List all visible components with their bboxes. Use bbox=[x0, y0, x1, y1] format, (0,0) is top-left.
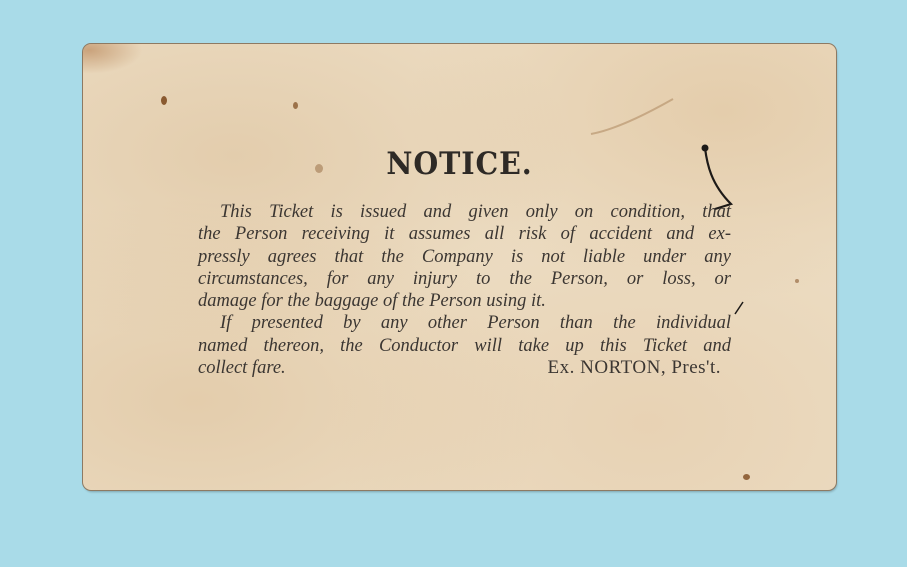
ticket-card: NOTICE. This Ticket is issued and given … bbox=[83, 44, 836, 490]
signature: Ex. NORTON, Pres't. bbox=[548, 357, 731, 379]
paragraph1-line: This Ticket is issued and given only on … bbox=[198, 201, 731, 223]
closing-line: collect fare. Ex. NORTON, Pres't. bbox=[198, 357, 731, 379]
paragraph1-line: circumstances, for any injury to the Per… bbox=[198, 268, 731, 290]
notice-title: NOTICE. bbox=[113, 146, 806, 182]
paragraph1-line: damage for the baggage of the Person usi… bbox=[198, 290, 731, 312]
paragraph1-line: the Person receiving it assumes all risk… bbox=[198, 223, 731, 245]
notice-body: This Ticket is issued and given only on … bbox=[198, 201, 731, 379]
paragraph2-line: collect fare. bbox=[198, 357, 286, 379]
paragraph2-line: named thereon, the Conductor will take u… bbox=[198, 335, 731, 357]
paragraph2-line: If presented by any other Person than th… bbox=[198, 312, 731, 334]
paragraph1-line: pressly agrees that the Company is not l… bbox=[198, 246, 731, 268]
